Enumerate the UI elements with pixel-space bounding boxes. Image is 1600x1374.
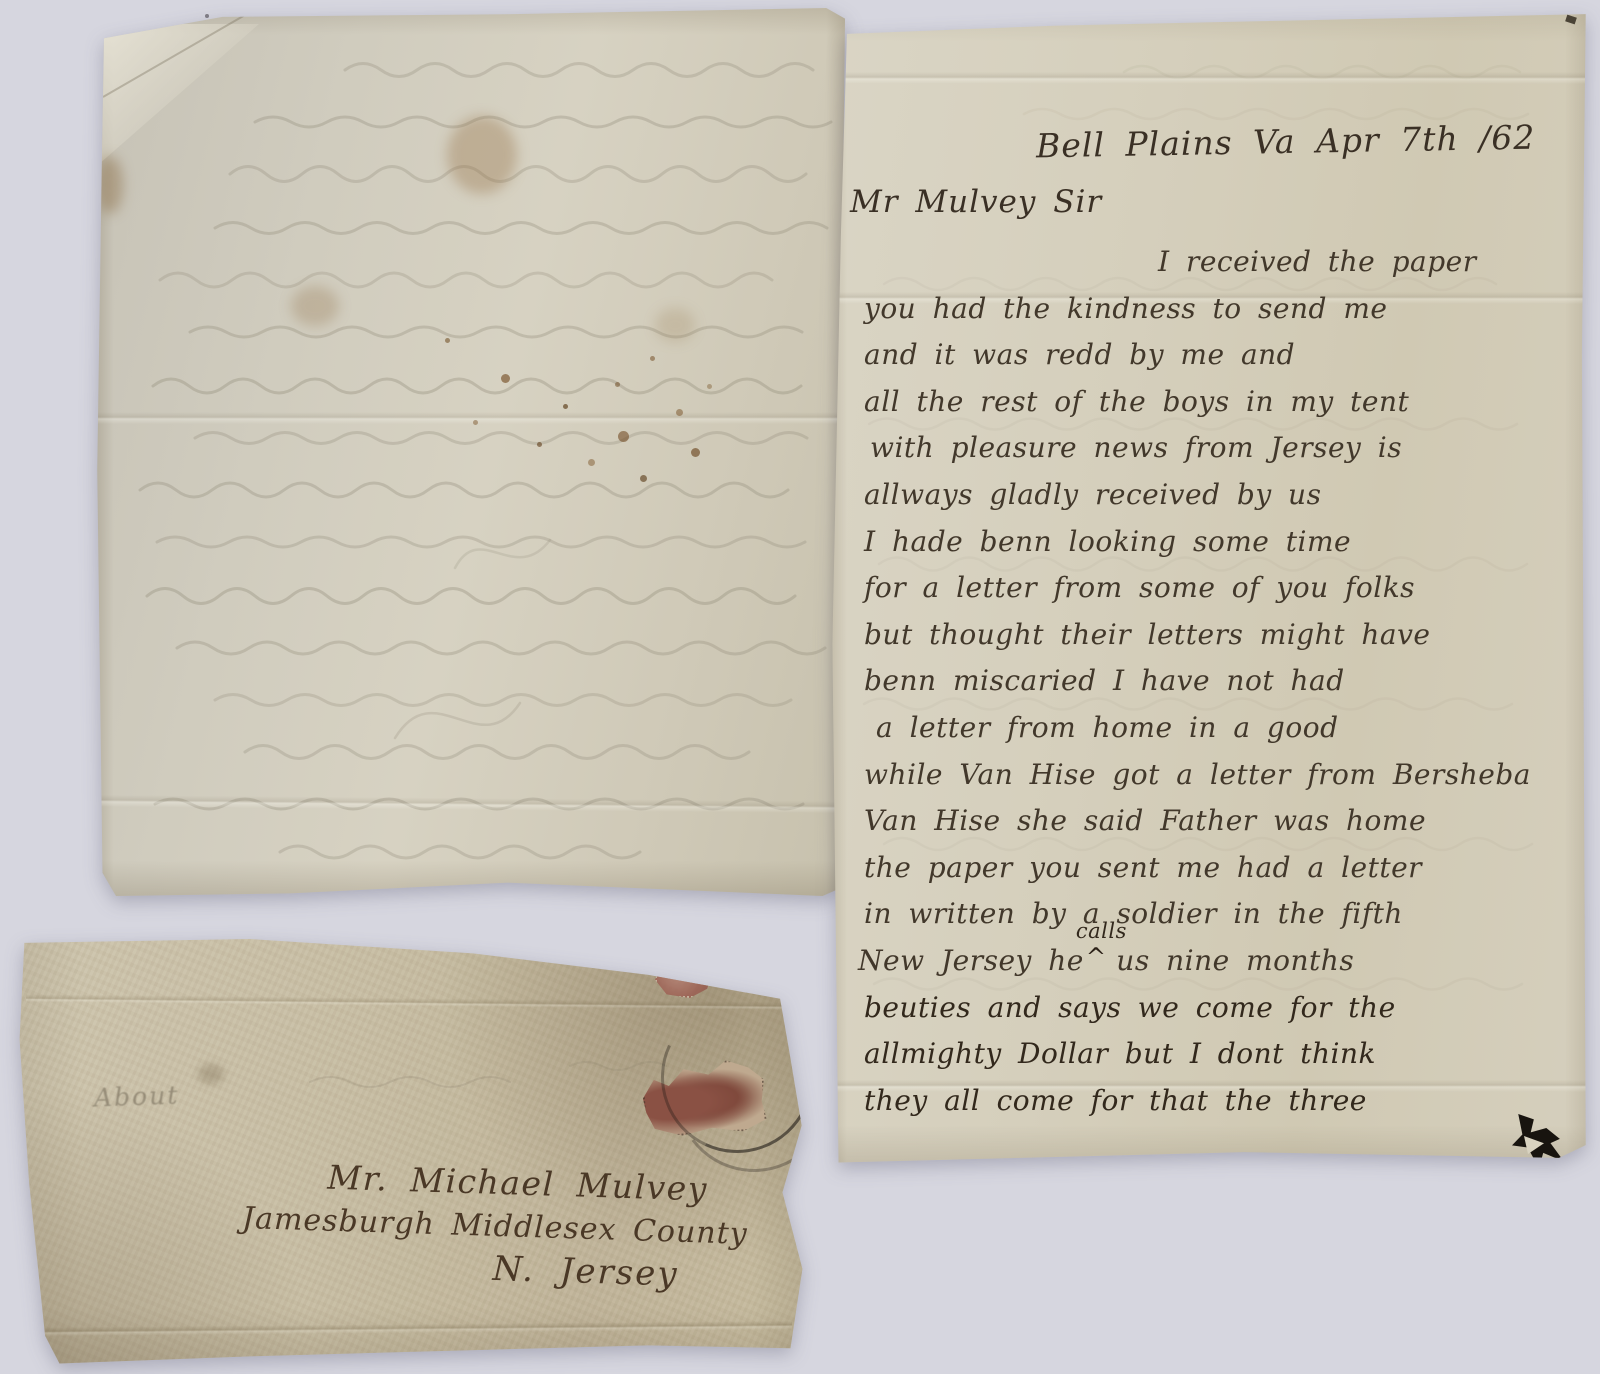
stain [447, 116, 517, 194]
letter-page-front-wrapper: Bell Plains Va Apr 7th /62 Mr Mulvey Sir… [824, 6, 1588, 1166]
letter-line: and it was redd by me and [852, 332, 1562, 379]
fold-crease [95, 412, 845, 424]
letter-line: in written by a soldier in the fifth [852, 891, 1562, 938]
letter-line: I hade benn looking some time [852, 519, 1562, 566]
letter-line: allmighty Dollar but I dont think [852, 1031, 1562, 1078]
address-line-town: Jamesburgh Middlesex County [242, 1201, 693, 1250]
letter-line: they all come for that the three [852, 1078, 1562, 1125]
envelope: About Mr. Michael Mulvey Jamesburgh Midd… [10, 896, 808, 1374]
inserted-word: calls [1076, 908, 1127, 955]
photograph: Bell Plains Va Apr 7th /62 Mr Mulvey Sir… [0, 0, 1600, 1374]
letter-line: a letter from home in a good [852, 705, 1562, 752]
letter-line: Van Hise she said Father was home [852, 798, 1562, 845]
letter-salutation: Mr Mulvey Sir [850, 184, 1102, 220]
letter-line: benn miscaried I have not had [852, 658, 1562, 705]
letter-line: but thought their letters might have [852, 612, 1562, 659]
pencil-note: About [94, 1081, 180, 1113]
letter-line: beuties and says we come for the [852, 985, 1562, 1032]
letter-line-text: us nine months [1100, 944, 1354, 977]
letter-line: while Van Hise got a letter from Bersheb… [852, 752, 1562, 799]
letter-line: the paper you sent me had a letter [852, 845, 1562, 892]
stain [291, 286, 339, 326]
ink-speckles [445, 338, 450, 343]
letter-page-back [95, 8, 845, 896]
letter-line: for a letter from some of you folks [852, 565, 1562, 612]
letter-line-with-insertion: New Jersey he^calls us nine months [852, 938, 1562, 985]
letter-page-back-wrapper [95, 8, 845, 896]
letter-line: all the rest of the boys in my tent [852, 379, 1562, 426]
letter-line: allways gladly received by us [852, 472, 1562, 519]
insertion: ^calls [1084, 960, 1100, 970]
address-line-state: N. Jersey [492, 1249, 691, 1295]
letter-line: I received the paper [852, 239, 1562, 286]
fold-crease [824, 72, 1588, 84]
letter-page-front: Bell Plains Va Apr 7th /62 Mr Mulvey Sir… [824, 6, 1588, 1166]
envelope-wrapper: About Mr. Michael Mulvey Jamesburgh Midd… [10, 896, 808, 1374]
letter-line-text: New Jersey he [858, 944, 1084, 977]
stain [97, 156, 123, 214]
stain [655, 308, 695, 342]
letter-line: you had the kindness to send me [852, 286, 1562, 333]
letter-body: I received the paper you had the kindnes… [852, 239, 1562, 1124]
letter-line: with pleasure news from Jersey is [852, 425, 1562, 472]
envelope-address: Mr. Michael Mulvey Jamesburgh Middlesex … [240, 1155, 694, 1295]
